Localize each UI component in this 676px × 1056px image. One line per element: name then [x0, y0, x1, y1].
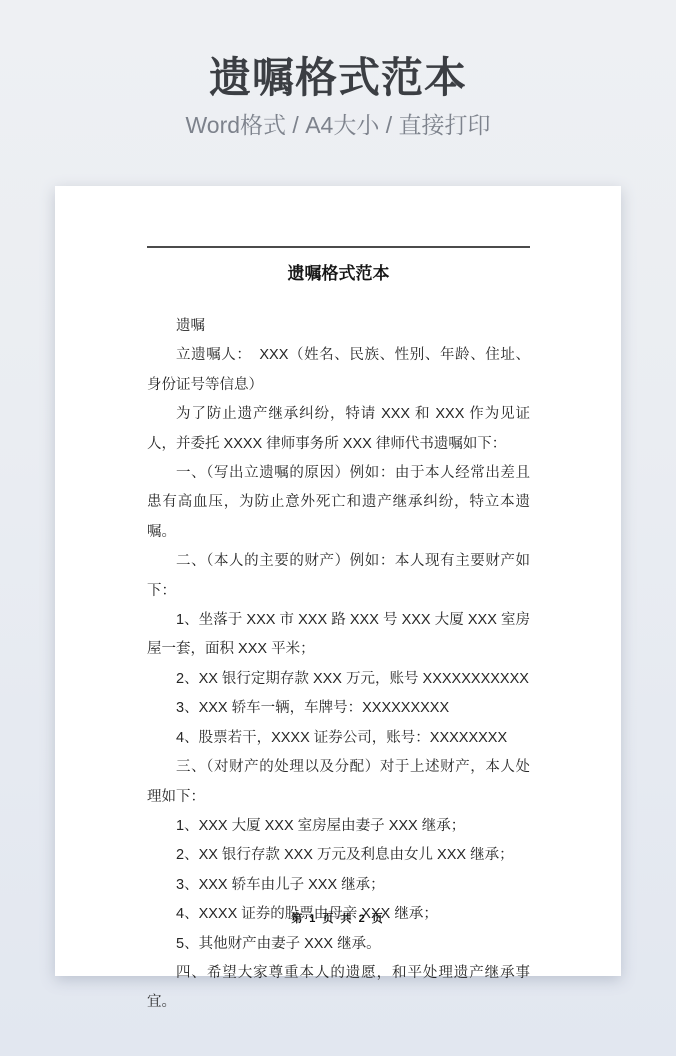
- document-content: 遗嘱格式范本 遗嘱 立遗嘱人： XXX（姓名、民族、性别、年龄、住址、身份证号等…: [55, 186, 621, 976]
- paragraph: 2、XX 银行定期存款 XXX 万元，账号 XXXXXXXXXXX: [147, 665, 530, 694]
- page-number-footer: 第 1 页 共 2 页: [55, 910, 621, 926]
- paragraph: 一、（写出立遗嘱的原因）例如：由于本人经常出差且患有高血压，为防止意外死亡和遗产…: [147, 459, 530, 547]
- page-title: 遗嘱格式范本: [0, 56, 676, 100]
- page-subtitle: Word格式 / A4大小 / 直接打印: [0, 112, 676, 138]
- paragraph: 3、XXX 轿车由儿子 XXX 继承；: [147, 871, 530, 900]
- document-top-rule: [147, 246, 530, 248]
- paragraph: 5、其他财产由妻子 XXX 继承。: [147, 930, 530, 959]
- promo-header: 遗嘱格式范本 Word格式 / A4大小 / 直接打印: [0, 0, 676, 138]
- paragraph: 三、（对财产的处理以及分配）对于上述财产，本人处理如下：: [147, 753, 530, 812]
- paragraph: 二、（本人的主要的财产）例如：本人现有主要财产如下：: [147, 547, 530, 606]
- paragraph: 3、XXX 轿车一辆，车牌号：XXXXXXXXX: [147, 694, 530, 723]
- document-preview-sheet: 遗嘱格式范本 遗嘱 立遗嘱人： XXX（姓名、民族、性别、年龄、住址、身份证号等…: [55, 186, 621, 976]
- paragraph: 2、XX 银行存款 XXX 万元及利息由女儿 XXX 继承；: [147, 841, 530, 870]
- paragraph: 立遗嘱人： XXX（姓名、民族、性别、年龄、住址、身份证号等信息）: [147, 341, 530, 400]
- paragraph: 为了防止遗产继承纠纷，特请 XXX 和 XXX 作为见证人，并委托 XXXX 律…: [147, 400, 530, 459]
- document-title: 遗嘱格式范本: [147, 263, 530, 285]
- paragraph: 4、股票若干，XXXX 证券公司，账号：XXXXXXXX: [147, 724, 530, 753]
- paragraph: 1、坐落于 XXX 市 XXX 路 XXX 号 XXX 大厦 XXX 室房屋一套…: [147, 606, 530, 665]
- paragraph: 1、XXX 大厦 XXX 室房屋由妻子 XXX 继承；: [147, 812, 530, 841]
- paragraph: 遗嘱: [147, 312, 530, 341]
- paragraph: 四、希望大家尊重本人的遗愿，和平处理遗产继承事宜。: [147, 959, 530, 1018]
